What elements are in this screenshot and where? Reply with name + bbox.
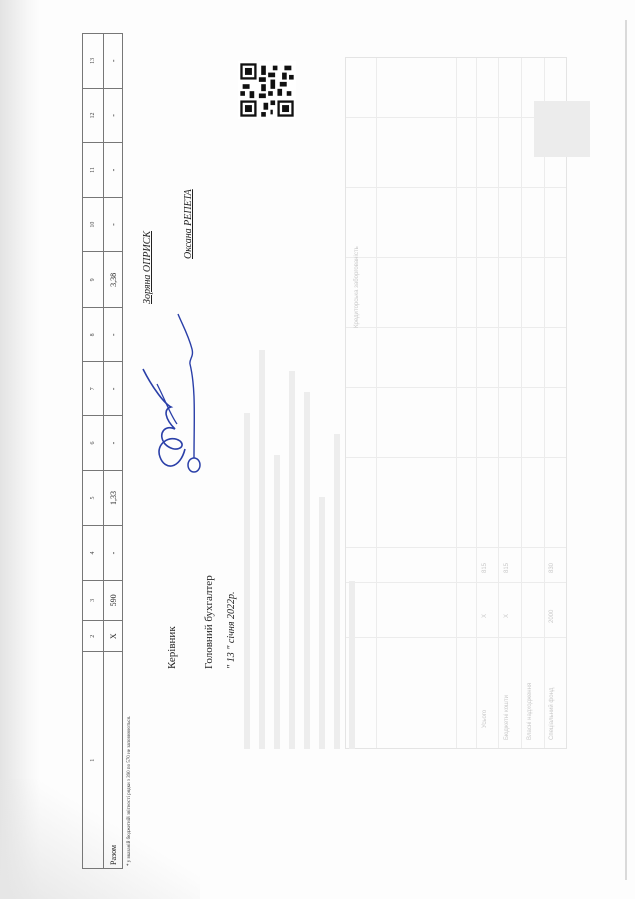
header-cell: 5 xyxy=(83,470,104,526)
ghost-row-label: Усього xyxy=(482,710,488,728)
header-cell: 6 xyxy=(83,416,104,470)
ghost-cell: 815 xyxy=(482,563,488,573)
head-name: Зоряна ОПРИСК xyxy=(142,231,153,304)
table-header-row: 1 2 3 4 5 6 7 8 9 10 11 12 13 xyxy=(83,34,104,869)
ghost-header: Кредиторська заборгованість xyxy=(354,246,360,328)
ghost-cell: 830 xyxy=(549,563,555,573)
ghost-table: Кредиторська заборгованість Усього Бюдже… xyxy=(345,57,567,749)
accountant-name: Оксана РЕПЕТА xyxy=(183,189,194,259)
header-cell: 11 xyxy=(83,143,104,198)
table-cell: - xyxy=(104,416,123,470)
table-cell: - xyxy=(104,88,123,143)
header-cell: 10 xyxy=(83,197,104,252)
table-cell: - xyxy=(104,308,123,362)
footnote: * у вказаній бюджетній звітності рядки з… xyxy=(127,716,132,866)
ghost-cell: 815 xyxy=(504,563,510,573)
table-cell: - xyxy=(104,34,123,89)
table-cell: - xyxy=(104,362,123,416)
header-cell: 12 xyxy=(83,88,104,143)
ghost-cell: X xyxy=(482,614,488,618)
ghost-text-lines xyxy=(235,329,364,749)
accountant-label: Головний бухгалтер xyxy=(203,575,215,669)
header-cell: 8 xyxy=(83,308,104,362)
summary-table: 1 2 3 4 5 6 7 8 9 10 11 12 13 Разом X 59… xyxy=(82,33,123,869)
row-label: Разом xyxy=(104,652,123,869)
accountant-signature xyxy=(172,309,212,479)
ghost-qr-code xyxy=(534,101,590,157)
ghost-row-label: Бюджетні кошти xyxy=(504,695,510,740)
table-cell: - xyxy=(104,143,123,198)
ghost-cell: X xyxy=(504,614,510,618)
ghost-row-label: Власні надходження xyxy=(527,683,533,740)
header-cell: 4 xyxy=(83,526,104,580)
header-cell: 1 xyxy=(83,652,104,869)
table-row-total: Разом X 590 - 1,33 - - - 3,38 - - - - xyxy=(104,34,123,869)
ghost-row-label: Спеціальний фонд xyxy=(549,688,555,740)
table-cell: - xyxy=(104,526,123,580)
table-cell: - xyxy=(104,197,123,252)
table-cell: X xyxy=(104,621,123,652)
header-cell: 7 xyxy=(83,362,104,416)
signing-date: " 13 " січня 2022р. xyxy=(226,592,237,670)
table-cell: 590 xyxy=(104,580,123,621)
scanned-page: Кредиторська заборгованість Усього Бюдже… xyxy=(0,0,635,899)
rotated-document: Кредиторська заборгованість Усього Бюдже… xyxy=(0,0,635,899)
head-label: Керівник xyxy=(166,626,178,669)
header-cell: 3 xyxy=(83,580,104,621)
qr-code xyxy=(238,61,296,119)
header-cell: 9 xyxy=(83,252,104,308)
header-cell: 13 xyxy=(83,34,104,89)
table-cell: 3,38 xyxy=(104,252,123,308)
ghost-cell: 2000 xyxy=(549,610,555,623)
header-cell: 2 xyxy=(83,621,104,652)
table-cell: 1,33 xyxy=(104,470,123,526)
